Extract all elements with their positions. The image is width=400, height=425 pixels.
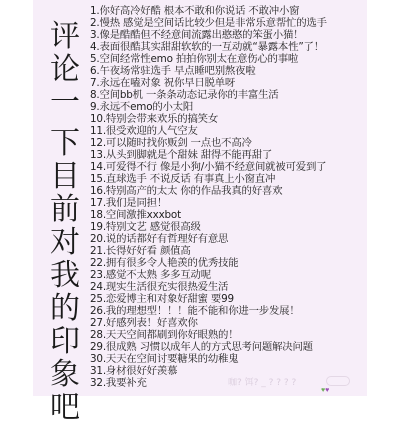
title-char: 对: [50, 226, 80, 259]
list-item: 1.你好高冷好酷 根本不敢和你说话 不敢冲小窗: [90, 5, 365, 17]
title-char: 前: [50, 193, 80, 226]
list-item: 18.空间激推xxxbot: [90, 209, 365, 221]
title-char: 评: [50, 20, 80, 53]
title-char: 印: [50, 325, 80, 358]
list-item: 26.我的理想型！！！能不能和你进一步发展！: [90, 305, 365, 317]
list-item: 9.永远不emo的小太阳: [90, 101, 365, 113]
impression-card: 评 论 一 下 目 前 对 我 的 印 象 吧 1.你好高冷好酷 根本不敢和你说…: [33, 0, 367, 396]
list-item: 17.我们是同担！: [90, 197, 365, 209]
title-char: 目: [50, 160, 80, 193]
title-char: 吧: [50, 391, 80, 400]
list-item: 7.永远在嗑对象 祝你早日脱单呀: [90, 77, 365, 89]
list-item: 28.天天空间都刷到你好眼熟的！: [90, 329, 365, 341]
list-item: 14.可爱得不行 像是小狗/小猫不经意间就被可爱到了: [90, 161, 365, 173]
title-char: 的: [50, 292, 80, 325]
title-char: 一: [50, 86, 80, 119]
vertical-title: 评 论 一 下 目 前 对 我 的 印 象 吧: [45, 20, 85, 400]
list-item: 11.很受欢迎的人气空友: [90, 125, 365, 137]
list-item: 16.特别高产的太太 你的作品我真的好喜欢: [90, 185, 365, 197]
list-item: 10.特别会带来欢乐的搞笑女: [90, 113, 365, 125]
impression-list: 1.你好高冷好酷 根本不敢和你说话 不敢冲小窗 2.慢热 感觉是空间话比较少但是…: [90, 5, 365, 389]
list-item: 12.可以随时找你贩剑 一点也不高冷: [90, 137, 365, 149]
list-item: 15.直球选手 不说反话 有事真上小窗直冲: [90, 173, 365, 185]
watermark-badge: [326, 376, 350, 386]
purple-heart-icon: ♥: [325, 386, 329, 394]
list-item: 6.午夜场常驻选手 早点睡吧别熬夜啦: [90, 65, 365, 77]
list-item: 27.好感列表！好喜欢你: [90, 317, 365, 329]
title-char: 论: [50, 53, 80, 86]
list-item: 3.像是酷酷但不经意间流露出憨憨的笨蛋小猫！: [90, 29, 365, 41]
watermark-text: 咖? 饵? _ ? ? ? ?: [228, 375, 296, 388]
list-item: 21.长得好好看 颜值高: [90, 245, 365, 257]
list-item: 30.天天在空间讨要糖果的幼稚鬼: [90, 353, 365, 365]
heart-icons: ♥♥: [321, 387, 329, 394]
list-item: 5.空间经常性emo 拍拍你别太在意伤心的事啦: [90, 53, 365, 65]
list-item: 23.感觉不太熟 多多互动呢: [90, 269, 365, 281]
list-item: 2.慢热 感觉是空间话比较少但是非常乐意帮忙的选手: [90, 17, 365, 29]
list-item: 8.空间bb机 一条条动态记录你的丰富生活: [90, 89, 365, 101]
list-item: 22.拥有很多令人艳羡的优秀技能: [90, 257, 365, 269]
list-item: 19.特别文艺 感觉很高级: [90, 221, 365, 233]
list-item: 13.从头到脚就是个甜妹 甜得不能再甜了: [90, 149, 365, 161]
title-char: 下: [50, 127, 80, 160]
list-item: 24.现实生活很充实很热爱生活: [90, 281, 365, 293]
list-item: 25.恋爱博主和对象好甜蜜 要99: [90, 293, 365, 305]
list-item: 20.说的话都好有哲理好有意思: [90, 233, 365, 245]
title-char: 我: [50, 259, 80, 292]
title-char: 象: [50, 358, 80, 391]
list-item: 4.表面很酷其实甜甜软软的一互动就“暴露本性”了！: [90, 41, 365, 53]
list-item: 29.很成熟 习惯以成年人的方式思考问题解决问题: [90, 341, 365, 353]
